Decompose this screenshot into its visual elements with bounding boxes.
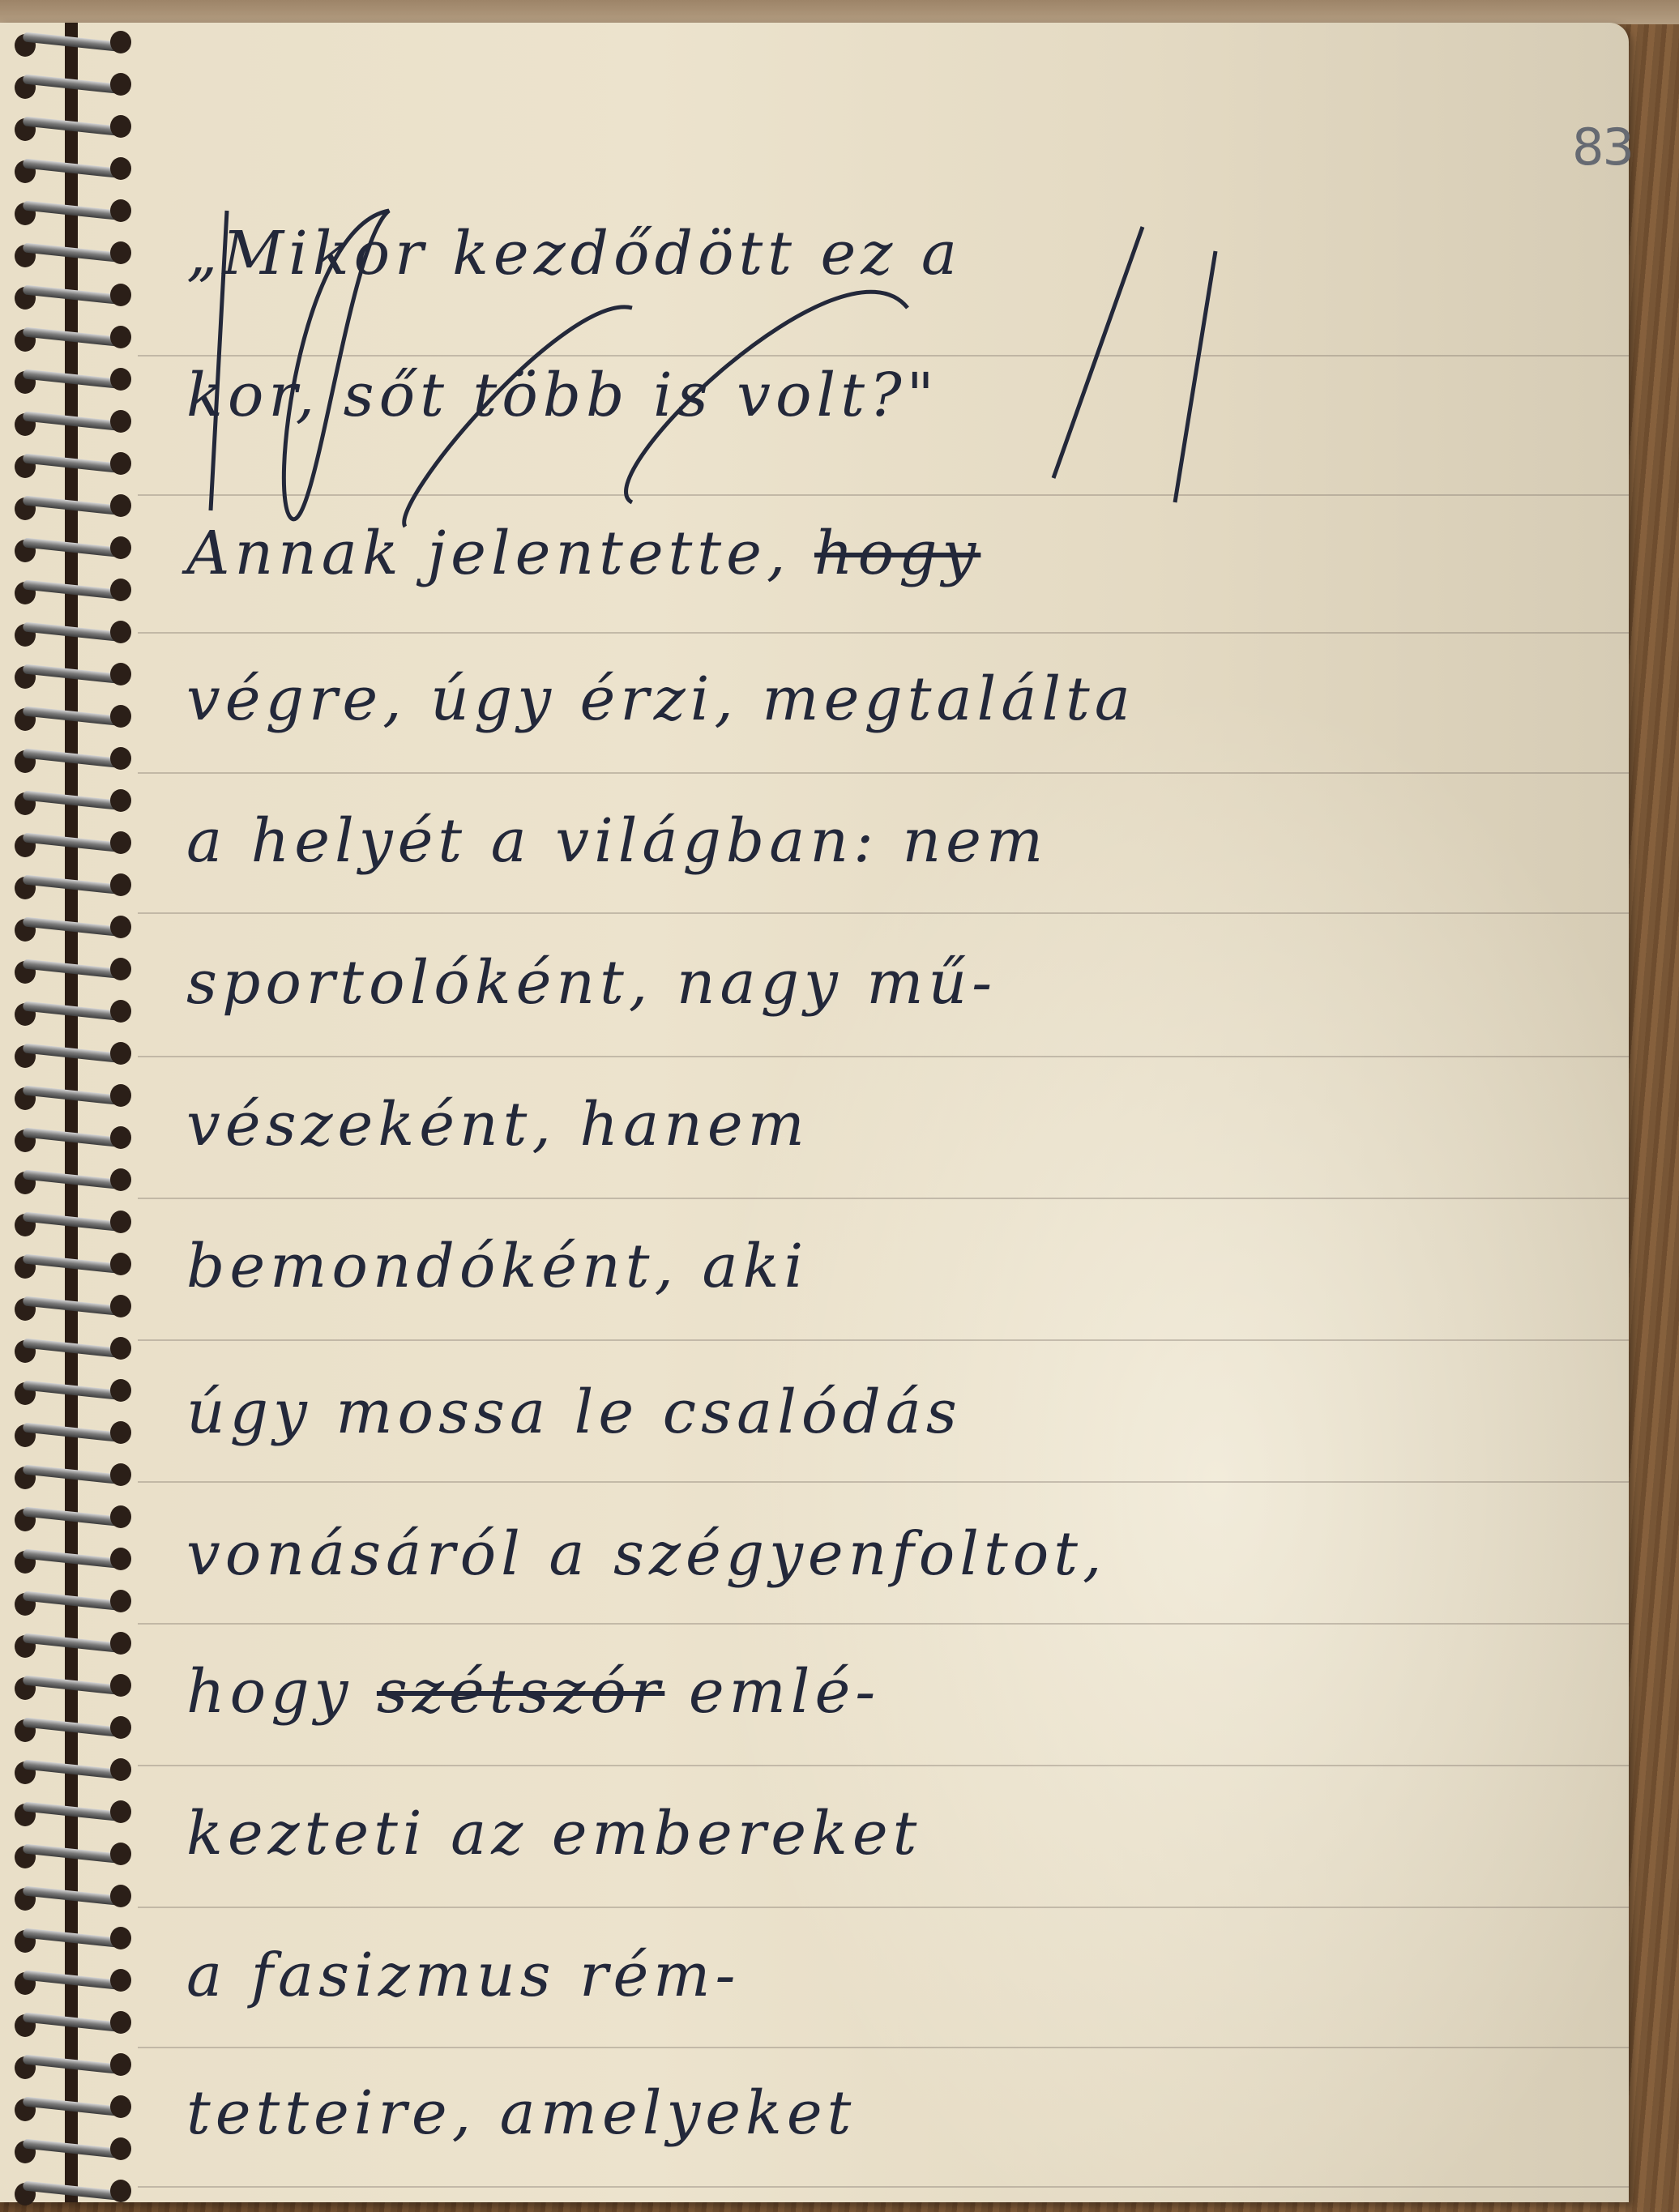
spiral-coil [15,1546,136,1578]
handwritten-line-2: kor, sőt több is volt?" [186,361,939,430]
spiral-coil [15,1588,136,1621]
spiral-coil [15,1251,136,1283]
spiral-coil [15,956,136,989]
spiral-coil [15,29,136,62]
ruled-line [138,1339,1629,1341]
spiral-coil [15,1335,136,1368]
spiral-coil [15,451,136,483]
ruled-line [138,632,1629,634]
handwritten-line-8: bemondóként, aki [186,1232,808,1301]
handwritten-line-4: végre, úgy érzi, megtalálta [186,664,1135,734]
handwritten-line-9: úgy mossa le csalódás [186,1377,962,1447]
ruled-line [138,2186,1629,2188]
spiral-coil [15,1420,136,1452]
handwritten-line-6: sportolóként, nagy mű- [186,948,997,1018]
spiral-coil [15,493,136,525]
handwritten-line-10: vonásáról a szégyenfoltot, [186,1519,1107,1589]
handwritten-line-12: kezteti az embereket [186,1799,921,1868]
ruled-line [138,1907,1629,1908]
spiral-coil [15,830,136,862]
spiral-coil [15,661,136,694]
spiral-coil [15,408,136,441]
spiral-coil [15,2178,136,2210]
spiral-coil [15,1715,136,1747]
ruled-line [138,1198,1629,1199]
spiral-coil [15,156,136,188]
spiral-coil [15,577,136,609]
ruled-line [138,772,1629,774]
spiral-coil [15,788,136,820]
spiral-coil [15,998,136,1031]
spiral-coil [15,1462,136,1494]
spiral-coil [15,1883,136,1915]
handwritten-line-1: „Mikor kezdődött ez a [186,219,962,288]
spiral-coil [15,1083,136,1115]
spiral-coil [15,2009,136,2042]
spiral-coil [15,71,136,104]
spiral-coil [15,113,136,146]
spiral-coil [15,282,136,314]
spiral-coil [15,1672,136,1705]
spiral-coil [15,1377,136,1410]
spiral-coil [15,366,136,399]
spiral-coil [15,1967,136,2000]
spiral-binding [0,23,138,2202]
spiral-coil [15,1125,136,1157]
spiral-coil [15,324,136,357]
spiral-coil [15,2136,136,2168]
spiral-coil [15,1925,136,1958]
ruled-line [138,1481,1629,1483]
ruled-line [138,1056,1629,1057]
struck-word: hogy [814,519,980,588]
spiral-coil [15,1040,136,1073]
line-text: hogy [186,1657,352,1727]
spiral-coil [15,1799,136,1831]
spiral-coil [15,1293,136,1326]
spiral-coil [15,619,136,651]
ruled-line [138,912,1629,914]
ruled-line [138,1765,1629,1766]
spiral-coil [15,198,136,230]
spiral-coil [15,2094,136,2126]
spiral-coil [15,535,136,567]
spiral-coil [15,1167,136,1199]
spiral-coil [15,872,136,904]
spiral-coil [15,2052,136,2084]
page-number: 83 [1572,117,1633,177]
spiral-coil [15,1630,136,1663]
handwritten-line-13: a fasizmus rém- [186,1941,740,2010]
ruled-line [138,1623,1629,1625]
handwritten-line-3: Annak jelentette, hogy [186,519,980,588]
line-text: emlé- [689,1657,880,1727]
handwritten-line-11: hogy szétszór emlé- [186,1657,880,1727]
spiral-coil [15,1209,136,1241]
spiral-coil [15,1757,136,1789]
struck-word: szétszór [377,1657,664,1727]
spiral-coil [15,1504,136,1536]
handwritten-line-7: vészeként, hanem [186,1090,810,1159]
line-text: Annak jelentette, [186,519,790,588]
spiral-coil [15,240,136,272]
spiral-coil [15,914,136,946]
ruled-line [138,2047,1629,2048]
spiral-coil [15,1841,136,1873]
page-stack-edge [0,0,1679,24]
spiral-coil [15,745,136,778]
spiral-coil [15,703,136,736]
handwritten-line-5: a helyét a világban: nem [186,806,1048,876]
handwritten-line-14: tetteire, amelyeket [186,2078,856,2148]
